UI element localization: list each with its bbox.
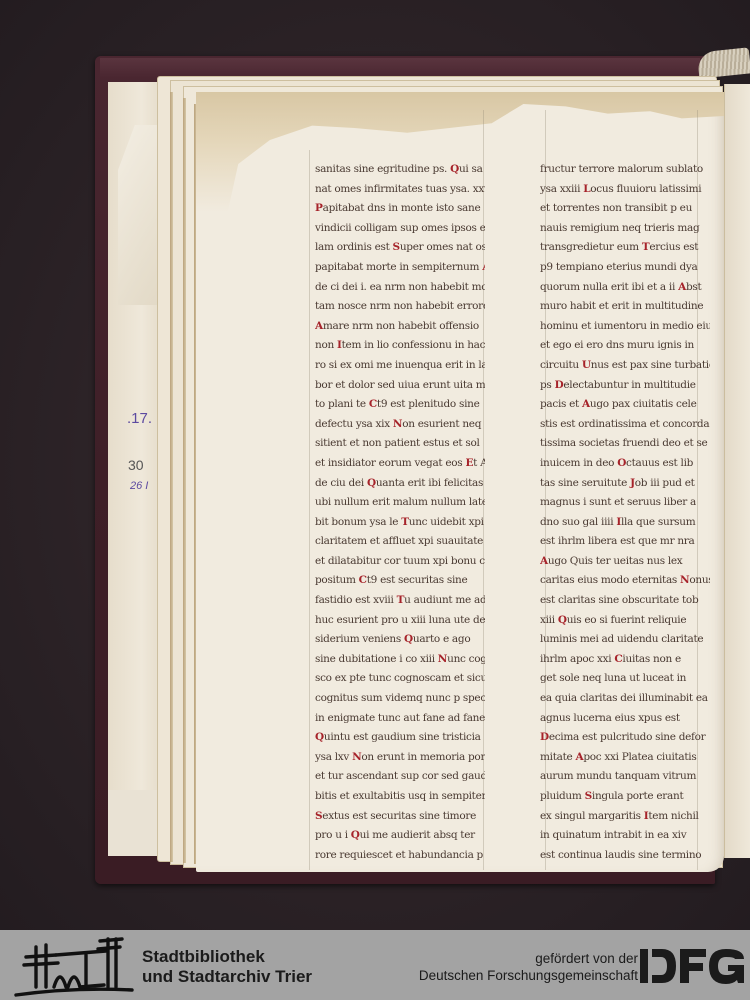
manuscript-line: ro si ex omi me inuenqua erit in la — [315, 356, 485, 376]
manuscript-line: sine dubitatione i co xiii Nunc cog — [315, 650, 485, 670]
text-column-left: sanitas sine egritudine ps. Qui sanat om… — [315, 160, 485, 865]
rubricated-initial: Q — [558, 614, 567, 626]
manuscript-line: muro habit et erit in multitudine — [540, 297, 710, 317]
rubricated-initial: I — [644, 810, 649, 822]
flyleaf-lower — [108, 790, 158, 856]
manuscript-line: ps Delectabuntur in multitudie — [540, 376, 710, 396]
manuscript-line: sanitas sine egritudine ps. Qui sa — [315, 160, 485, 180]
rubricated-initial: S — [315, 810, 322, 822]
manuscript-line: claritatem et affluet xpi suauitate — [315, 532, 485, 552]
rubricated-initial: T — [397, 594, 405, 606]
shelfmark-note: 30 — [128, 457, 144, 473]
funding-line-1: gefördert von der — [419, 950, 638, 967]
ruling-line — [309, 150, 310, 870]
rubricated-initial: C — [369, 398, 377, 410]
rubricated-initial: T — [401, 516, 409, 528]
rubricated-initial: U — [582, 359, 591, 371]
rubricated-initial: I — [616, 516, 621, 528]
manuscript-line: Papitabat dns in monte isto sane — [315, 199, 485, 219]
manuscript-line: ysa lxv Non erunt in memoria pora — [315, 748, 485, 768]
manuscript-line: vindicii colligam sup omes ipsos et te — [315, 219, 485, 239]
shelfmark-note: .17. — [127, 410, 152, 427]
manuscript-line: to plani te Ct9 est plenitudo sine — [315, 395, 485, 415]
manuscript-line: get sole neq luna ut luceat in — [540, 669, 710, 689]
rubricated-initial: Q — [450, 163, 459, 175]
manuscript-line: fructur terrore malorum sublato — [540, 160, 710, 180]
rubricated-initial: N — [680, 574, 689, 586]
rubricated-initial: Q — [315, 731, 324, 743]
manuscript-line: Amare nrm non habebit offensio — [315, 317, 485, 337]
manuscript-line: dno suo gal iiii Illa que sursum — [540, 513, 710, 533]
manuscript-line: tissima societas fruendi deo et se — [540, 434, 710, 454]
manuscript-line: transgredietur eum Tercius est — [540, 238, 710, 258]
rubricated-initial: D — [540, 731, 549, 743]
shelfmark-note: 26 I — [130, 480, 148, 492]
manuscript-line: caritas eius modo eternitas Nonus — [540, 571, 710, 591]
rubricated-initial: I — [337, 339, 342, 351]
manuscript-line: et tur ascendant sup cor sed gaude — [315, 767, 485, 787]
rubricated-initial: A — [582, 398, 590, 410]
manuscript-line: p9 tempiano eterius mundi dya — [540, 258, 710, 278]
manuscript-line: Decima est pulcritudo sine defor — [540, 728, 710, 748]
manuscript-line: xiii Quis eo si fuerint reliquie — [540, 611, 710, 631]
rubricated-initial: E — [465, 457, 473, 469]
manuscript-line: et insidiator eorum vegat eos Et Au9 — [315, 454, 485, 474]
institution-line-2: und Stadtarchiv Trier — [142, 967, 312, 987]
rubricated-initial: D — [555, 379, 564, 391]
manuscript-line: ex singul margaritis Item nichil — [540, 807, 710, 827]
manuscript-line: aurum mundu tanquam vitrum — [540, 767, 710, 787]
rubricated-initial: N — [438, 653, 447, 665]
cover-sheen — [100, 58, 700, 78]
manuscript-line: cognitus sum videmq nunc p speculu — [315, 689, 485, 709]
manuscript-line: bor et dolor sed uiua erunt uita ma — [315, 376, 485, 396]
rubricated-initial: A — [575, 751, 583, 763]
manuscript-line: nauis remigium neq trieris mag — [540, 219, 710, 239]
manuscript-line: fastidio est xviii Tu audiunt me ad — [315, 591, 485, 611]
rubricated-initial: A — [315, 320, 323, 332]
rubricated-initial: N — [352, 751, 361, 763]
manuscript-line: bitis et exultabitis usq in sempiternu — [315, 787, 485, 807]
manuscript-line: magnus i sunt et seruus liber a — [540, 493, 710, 513]
manuscript-line: pro u i Qui me audierit absq ter — [315, 826, 485, 846]
manuscript-line: Augo Quis ter ueitas nus lex — [540, 552, 710, 572]
manuscript-line: positum Ct9 est securitas sine — [315, 571, 485, 591]
funding-line-2: Deutschen Forschungsgemeinschaft — [419, 967, 638, 984]
manuscript-line: et ego ei ero dns muru ignis in — [540, 336, 710, 356]
manuscript-line: ubi nullum erit malum nullum late — [315, 493, 485, 513]
manuscript-line: est continua laudis sine termino — [540, 846, 710, 866]
leaf-edge — [183, 98, 186, 863]
manuscript-line: circuitu Unus est pax sine turbatione — [540, 356, 710, 376]
manuscript-line: papitabat morte in sempiternum Aug — [315, 258, 485, 278]
manuscript-line: tam nosce nrm non habebit errore — [315, 297, 485, 317]
manuscript-line: est claritas sine obscuritate tob — [540, 591, 710, 611]
manuscript-line: mitate Apoc xxi Platea ciuitatis — [540, 748, 710, 768]
library-logo-icon — [14, 935, 134, 997]
manuscript-line: de ciu dei Quanta erit ibi felicitas — [315, 474, 485, 494]
institution-line-1: Stadtbibliothek — [142, 947, 312, 967]
rubricated-initial: S — [585, 790, 592, 802]
text-column-right: fructur terrore malorum sublatoysa xxiii… — [540, 160, 710, 865]
manuscript-line: ea quia claritas dei illuminabit ea — [540, 689, 710, 709]
leaf-edge — [170, 92, 173, 862]
manuscript-line: rore requiescet et habundancia p — [315, 846, 485, 866]
manuscript-line: hominu et iumentoru in medio eius — [540, 317, 710, 337]
facing-page-edge — [724, 84, 750, 858]
rubricated-initial: C — [359, 574, 367, 586]
rubricated-initial: S — [393, 241, 400, 253]
manuscript-line: in enigmate tunc aut fane ad fane — [315, 709, 485, 729]
manuscript-line: et dilatabitur cor tuum xpi bonu co — [315, 552, 485, 572]
manuscript-line: lam ordinis est Super omes nat os — [315, 238, 485, 258]
institution-name: Stadtbibliothek und Stadtarchiv Trier — [142, 947, 312, 987]
funding-credit: gefördert von der Deutschen Forschungsge… — [419, 950, 638, 984]
rubricated-initial: N — [393, 418, 402, 430]
dfg-logo-icon — [640, 947, 744, 985]
manuscript-line: inuicem in deo Octauus est lib — [540, 454, 710, 474]
rubricated-initial: T — [642, 241, 650, 253]
manuscript-line: luminis mei ad uidendu claritate — [540, 630, 710, 650]
manuscript-line: sitient et non patient estus et sol — [315, 434, 485, 454]
manuscript-line: Sextus est securitas sine timore — [315, 807, 485, 827]
manuscript-line: sco ex pte tunc cognoscam et sicut — [315, 669, 485, 689]
manuscript-line: Quintu est gaudium sine tristicia — [315, 728, 485, 748]
rubricated-initial: Q — [351, 829, 360, 841]
manuscript-line: pacis et Augo pax ciuitatis cele — [540, 395, 710, 415]
manuscript-line: ihrlm apoc xxi Ciuitas non e — [540, 650, 710, 670]
manuscript-line: pluidum Singula porte erant — [540, 787, 710, 807]
rubricated-initial: C — [614, 653, 622, 665]
rubricated-initial: Q — [367, 477, 376, 489]
manuscript-line: de ci dei i. ea nrm non habebit mor — [315, 278, 485, 298]
manuscript-line: defectu ysa xix Non esurient neq — [315, 415, 485, 435]
manuscript-line: tas sine seruitute Job iii pud et — [540, 474, 710, 494]
rubricated-initial: Q — [404, 633, 413, 645]
manuscript-line: est ihrlm libera est que mr nra — [540, 532, 710, 552]
rubricated-initial: A — [540, 555, 548, 567]
footer-banner: Stadtbibliothek und Stadtarchiv Trier ge… — [0, 930, 750, 1000]
manuscript-line: et torrentes non transibit p eu — [540, 199, 710, 219]
manuscript-line: bit bonum ysa le Tunc uidebit xpi — [315, 513, 485, 533]
manuscript-line: huc esurient pro u xiii luna ute de — [315, 611, 485, 631]
rubricated-initial: O — [617, 457, 626, 469]
rubricated-initial: P — [315, 202, 323, 214]
manuscript-line: quorum nulla erit ibi et a ii Abst — [540, 278, 710, 298]
manuscript-line: stis est ordinatissima et concorda — [540, 415, 710, 435]
manuscript-line: agnus lucerna eius xpus est — [540, 709, 710, 729]
manuscript-line: ysa xxiii Locus fluuioru latissimi — [540, 180, 710, 200]
manuscript-line: in quinatum intrabit in ea xiv — [540, 826, 710, 846]
rubricated-initial: A — [678, 281, 686, 293]
manuscript-line: non Item in lio confessionu in hac — [315, 336, 485, 356]
rubricated-initial: J — [630, 477, 635, 489]
manuscript-line: siderium veniens Quarto e ago — [315, 630, 485, 650]
manuscript-line: nat omes infirmitates tuas ysa. xxv — [315, 180, 485, 200]
rubricated-initial: L — [583, 183, 590, 195]
rubricated-initial: A — [482, 261, 485, 273]
